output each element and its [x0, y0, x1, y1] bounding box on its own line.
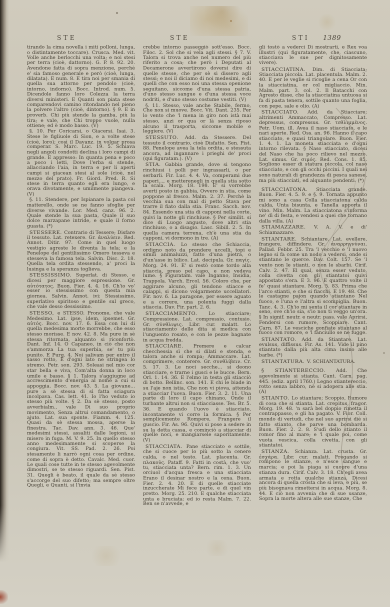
entry-headword: STESSISSIMO.: [29, 272, 76, 278]
entry-headword: STIACCIATONA.: [261, 186, 316, 192]
paper-speck: [383, 352, 385, 354]
dictionary-entry: § STIANTERECCIO. Add. Che agevolmente si…: [259, 368, 367, 395]
entry-headword: STIACCIATA.: [145, 443, 186, 449]
dictionary-entry: STESSERE. Contrario di Tessere; Disfare …: [27, 230, 135, 272]
entry-headword: STIACCIA.: [145, 241, 181, 247]
dictionary-entry: STESSISSIMO. Superlat. di Stesso, e dice…: [27, 273, 135, 310]
entry-headword: STIA.: [145, 162, 165, 168]
dictionary-entry: §. 11. Stesso, vale anche Stabile, fermo…: [143, 103, 251, 134]
running-head-right: STI: [292, 35, 310, 42]
entry-headword: STIANZA.: [261, 448, 294, 454]
dictionary-entry: STIACCIATINA. Dim. di Stiacciata; Stiacc…: [259, 66, 367, 108]
entry-headword: STIACCIAMENTO.: [145, 310, 208, 316]
dictionary-entry: STIACCIARE. Premere e calcar checchessia…: [143, 343, 251, 443]
entry-headword: STIACCIATO.: [261, 109, 307, 115]
text-column-1: tirando la cima novella i miti polloni, …: [27, 45, 135, 541]
entry-headword: STIAMAZZARE.: [261, 224, 314, 230]
text-column-3: gli tostò a vederci Di mostrarti, e Rex …: [259, 45, 367, 541]
paper-stain: [190, 6, 248, 36]
entry-headword: STIANTO.: [261, 395, 291, 401]
dictionary-entry: STIACCIA. Lo stesso che Schiaccia, ordig…: [143, 242, 251, 310]
paper-speck: [230, 20, 232, 22]
paper-stain: [314, 14, 340, 30]
red-ink-mark: [0, 590, 8, 604]
dictionary-entry: STIANTO. Lo stiantare; Scoppio, Rumore d…: [259, 395, 367, 448]
entry-headword: STIANTARE.: [261, 236, 301, 242]
dictionary-entry: STESSO, e STESSO. Pronome, che vale Mede…: [27, 310, 135, 488]
running-head-center: STE: [170, 35, 190, 42]
entry-headword: STIACCIARE.: [145, 343, 193, 349]
dictionary-entry: tirando la cima novella i miti polloni, …: [27, 45, 135, 129]
entry-headword: STESSUTO.: [145, 134, 184, 140]
entry-headword: STIANTATURA.: [261, 358, 306, 364]
dictionary-entry: STIACCIATA. Pane stiacciato e sottile, c…: [143, 444, 251, 507]
paper-stain: [200, 540, 234, 556]
page-binding-edge: [0, 0, 9, 562]
scanned-book-page: STE STE STI 1389 tirando la cima novella…: [0, 0, 390, 607]
paper-speck: [116, 12, 118, 14]
entry-headword: STESSO,: [29, 310, 57, 316]
dictionary-entry: STIAMAZZARE. V. A. V. e di' Schiamazzare…: [259, 225, 367, 236]
running-head-left: STE: [57, 35, 77, 42]
dictionary-entry: STIACCIATONA. Stiacciata grande. Buon. F…: [259, 187, 367, 224]
dictionary-entry: STIA. Gabbia grande, dove si tengono rin…: [143, 162, 251, 241]
entry-headword: STIACCIATINA.: [261, 66, 312, 72]
dictionary-entry: STIACCIAMENTO. Lo stiacciare; Compressio…: [143, 311, 251, 343]
text-column-2: crebbe intorno passeggiò sott'esso. Bocc…: [143, 45, 251, 541]
dictionary-entry: crebbe intorno passeggiò sott'esso. Bocc…: [143, 45, 251, 102]
dictionary-entry: STIANZA. Schianza. Lat. crusta. Gr. ἐσχά…: [259, 449, 367, 502]
entry-headword: STESSERE.: [29, 229, 64, 235]
entry-headword: § STIANTERECCIO.: [261, 367, 336, 373]
dictionary-entry: §. 10. Per Coricarsi, o Giacersi. Isai. …: [27, 129, 135, 197]
dictionary-entry: STIACCIATO. Add. da Stiacciare; altrimen…: [259, 109, 367, 183]
dictionary-entry: gli tostò a vederci Di mostrarti, e Rex …: [259, 45, 367, 66]
dictionary-entry: §. 11. Stendere, per Ispianare la pasta …: [27, 198, 135, 229]
dictionary-entry: STIANTATURA. V. SCHIANTATURA.: [259, 359, 367, 365]
page-number: 1389: [323, 34, 341, 42]
dictionary-entry: STESSUTO. Add. da Stessere. Del tessuto …: [143, 135, 251, 162]
paper-stain: [84, 546, 128, 566]
entry-headword: STIANTATO.: [261, 336, 301, 342]
dictionary-entry: STIANTARE. Schiantare. Lat. evellere, fr…: [259, 236, 367, 336]
text-columns: tirando la cima novella i miti polloni, …: [27, 45, 367, 541]
dictionary-entry: STIANTATO. Add. da Stiantare. Lat. evuls…: [259, 337, 367, 358]
